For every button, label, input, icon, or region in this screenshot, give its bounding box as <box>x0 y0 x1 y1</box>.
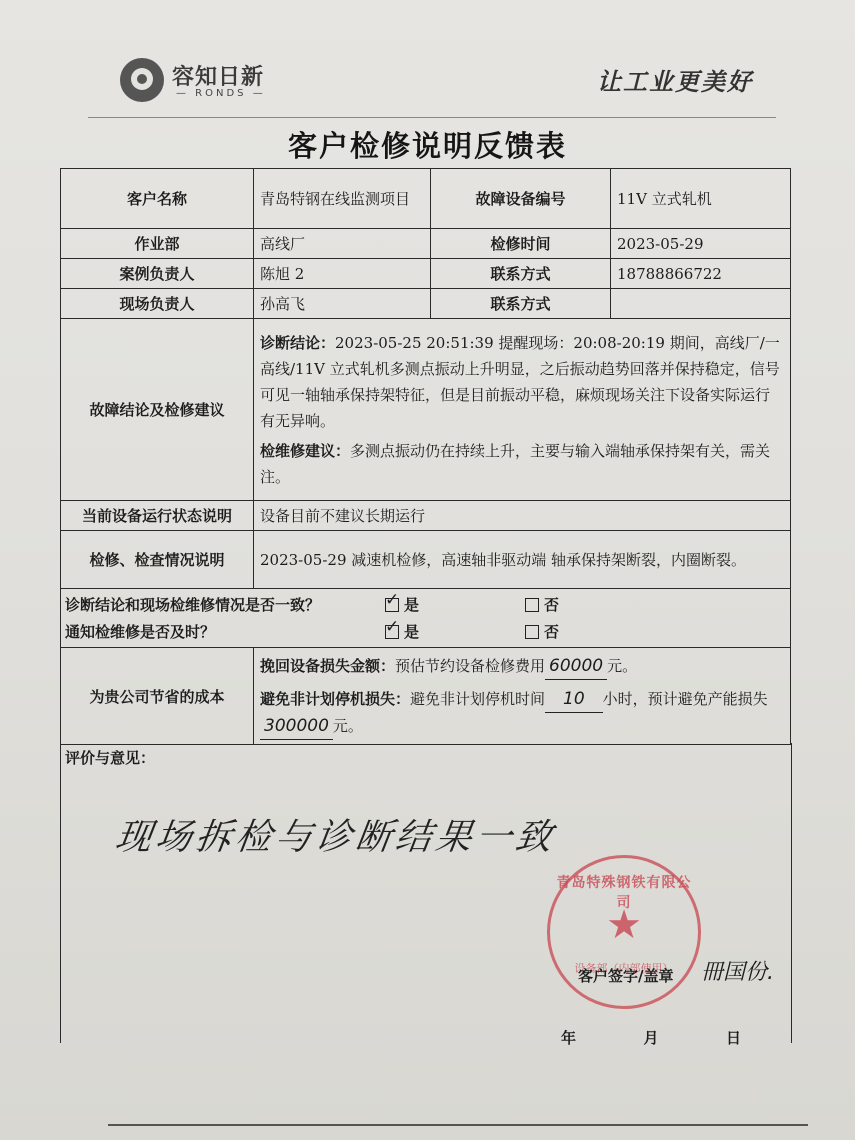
logo-icon <box>120 58 164 102</box>
checkbox-empty-icon[interactable] <box>525 598 539 612</box>
page-title: 客户检修说明反馈表 <box>0 124 855 165</box>
loss-recovery-line: 挽回设备损失金额：预估节约设备检修费用60000元。 <box>260 653 784 680</box>
loss-unit: 元。 <box>607 657 637 675</box>
table-row: 现场负责人 孙高飞 联系方式 <box>61 289 791 319</box>
downtime-label: 避免非计划停机损失： <box>260 690 410 708</box>
inspection-label: 检修、检查情况说明 <box>61 531 254 589</box>
checkbox-checked-icon[interactable] <box>385 598 399 612</box>
diagnosis-label: 诊断结论： <box>260 334 335 352</box>
q2-no-label: 否 <box>544 621 559 642</box>
department-value: 高线厂 <box>254 229 431 259</box>
savings-label: 为贵公司节省的成本 <box>61 648 254 745</box>
date-row: 年 月 日 <box>561 1027 741 1048</box>
table-row: 客户名称 青岛特钢在线监测项目 故障设备编号 11V 立式轧机 <box>61 169 791 229</box>
case-owner-value: 陈旭 2 <box>254 259 431 289</box>
repair-time-value: 2023-05-29 <box>611 229 791 259</box>
table-row: 案例负责人 陈旭 2 联系方式 18788866722 <box>61 259 791 289</box>
date-day-label: 日 <box>726 1027 741 1048</box>
date-month-label: 月 <box>643 1027 658 1048</box>
q1-yes-label: 是 <box>404 594 419 615</box>
fault-conclusion-cell: 诊断结论：2023-05-25 20:51:39 提醒现场：20:08-20:1… <box>254 319 791 501</box>
savings-cell: 挽回设备损失金额：预估节约设备检修费用60000元。 避免非计划停机损失：避免非… <box>254 648 791 745</box>
site-owner-label: 现场负责人 <box>61 289 254 319</box>
case-owner-label: 案例负责人 <box>61 259 254 289</box>
contact-label-2: 联系方式 <box>431 289 611 319</box>
q1-no-option[interactable]: 否 <box>525 594 559 615</box>
fault-conclusion-label: 故障结论及检修建议 <box>61 319 254 501</box>
downtime-line: 避免非计划停机损失：避免非计划停机时间10小时，预计避免产能损失300000元。 <box>260 686 784 740</box>
contact-label: 联系方式 <box>431 259 611 289</box>
date-year-label: 年 <box>561 1027 576 1048</box>
feedback-form-table: 客户名称 青岛特钢在线监测项目 故障设备编号 11V 立式轧机 作业部 高线厂 … <box>60 168 791 745</box>
department-label: 作业部 <box>61 229 254 259</box>
question-consistency: 诊断结论和现场检维修情况是否一致？ 是 否 <box>65 591 786 618</box>
comments-section: 评价与意见： 现场拆检与诊断结果一致 青岛特殊钢铁有限公司 ★ 设备部（内部使用… <box>60 743 792 1043</box>
capacity-unit: 元。 <box>333 717 363 735</box>
downtime-mid: 小时，预计避免产能损失 <box>603 690 768 708</box>
questions-cell: 诊断结论和现场检维修情况是否一致？ 是 否 通知检维修是否及时？ 是 否 <box>61 589 791 648</box>
header-divider <box>88 117 776 118</box>
table-row: 作业部 高线厂 检修时间 2023-05-29 <box>61 229 791 259</box>
slogan: 让工业更美好 <box>597 62 753 97</box>
case-owner-contact-value: 18788866722 <box>611 259 791 289</box>
handwritten-signature: 冊国份. <box>701 955 774 986</box>
bottom-divider <box>108 1124 808 1126</box>
equipment-id-label: 故障设备编号 <box>431 169 611 229</box>
capacity-loss-field[interactable]: 300000 <box>260 713 333 740</box>
logo-english-name: — RONDS — <box>176 88 266 99</box>
comments-label: 评价与意见： <box>65 747 155 768</box>
site-owner-value: 孙高飞 <box>254 289 431 319</box>
q2-yes-label: 是 <box>404 621 419 642</box>
table-row: 诊断结论和现场检维修情况是否一致？ 是 否 通知检维修是否及时？ 是 否 <box>61 589 791 648</box>
checkbox-empty-icon[interactable] <box>525 625 539 639</box>
loss-prefix: 预估节约设备检修费用 <box>395 657 545 675</box>
table-row: 故障结论及检修建议 诊断结论：2023-05-25 20:51:39 提醒现场：… <box>61 319 791 501</box>
diagnosis-text: 2023-05-25 20:51:39 提醒现场：20:08-20:19 期间，… <box>260 334 780 430</box>
logo-chinese-name: 容知日新 <box>172 60 264 91</box>
table-row: 检修、检查情况说明 2023-05-29 减速机检修，高速轴非驱动端 轴承保持架… <box>61 531 791 589</box>
repair-time-label: 检修时间 <box>431 229 611 259</box>
company-logo: 容知日新 — RONDS — <box>120 58 290 104</box>
status-label: 当前设备运行状态说明 <box>61 501 254 531</box>
q1-no-label: 否 <box>544 594 559 615</box>
site-owner-contact-value <box>611 289 791 319</box>
customer-name-label: 客户名称 <box>61 169 254 229</box>
star-icon: ★ <box>550 902 698 948</box>
question-timeliness: 通知检维修是否及时？ 是 否 <box>65 618 786 645</box>
diagnosis-paragraph: 诊断结论：2023-05-25 20:51:39 提醒现场：20:08-20:1… <box>260 330 784 434</box>
q1-yes-option[interactable]: 是 <box>385 594 525 615</box>
repair-advice-paragraph: 检维修建议：多测点振动仍在持续上升，主要与输入端轴承保持架有关，需关注。 <box>260 438 784 490</box>
table-row: 为贵公司节省的成本 挽回设备损失金额：预估节约设备检修费用60000元。 避免非… <box>61 648 791 745</box>
table-row: 当前设备运行状态说明 设备目前不建议长期运行 <box>61 501 791 531</box>
question-timeliness-text: 通知检维修是否及时？ <box>65 621 385 642</box>
handwritten-comment: 现场拆检与诊断结果一致 <box>112 809 559 860</box>
downtime-hours-field[interactable]: 10 <box>545 686 603 713</box>
q2-yes-option[interactable]: 是 <box>385 621 525 642</box>
inspection-value: 2023-05-29 减速机检修，高速轴非驱动端 轴承保持架断裂，内圈断裂。 <box>254 531 791 589</box>
q2-no-option[interactable]: 否 <box>525 621 559 642</box>
status-value: 设备目前不建议长期运行 <box>254 501 791 531</box>
repair-advice-label: 检维修建议： <box>260 442 350 460</box>
customer-name-value: 青岛特钢在线监测项目 <box>254 169 431 229</box>
question-consistency-text: 诊断结论和现场检维修情况是否一致？ <box>65 594 385 615</box>
document-page: 容知日新 — RONDS — 让工业更美好 客户检修说明反馈表 客户名称 青岛特… <box>0 0 855 1140</box>
checkbox-checked-icon[interactable] <box>385 625 399 639</box>
signature-label: 客户签字/盖章 <box>578 965 673 986</box>
loss-amount-field[interactable]: 60000 <box>545 653 607 680</box>
downtime-prefix: 避免非计划停机时间 <box>410 690 545 708</box>
loss-label: 挽回设备损失金额： <box>260 657 395 675</box>
equipment-id-value: 11V 立式轧机 <box>611 169 791 229</box>
